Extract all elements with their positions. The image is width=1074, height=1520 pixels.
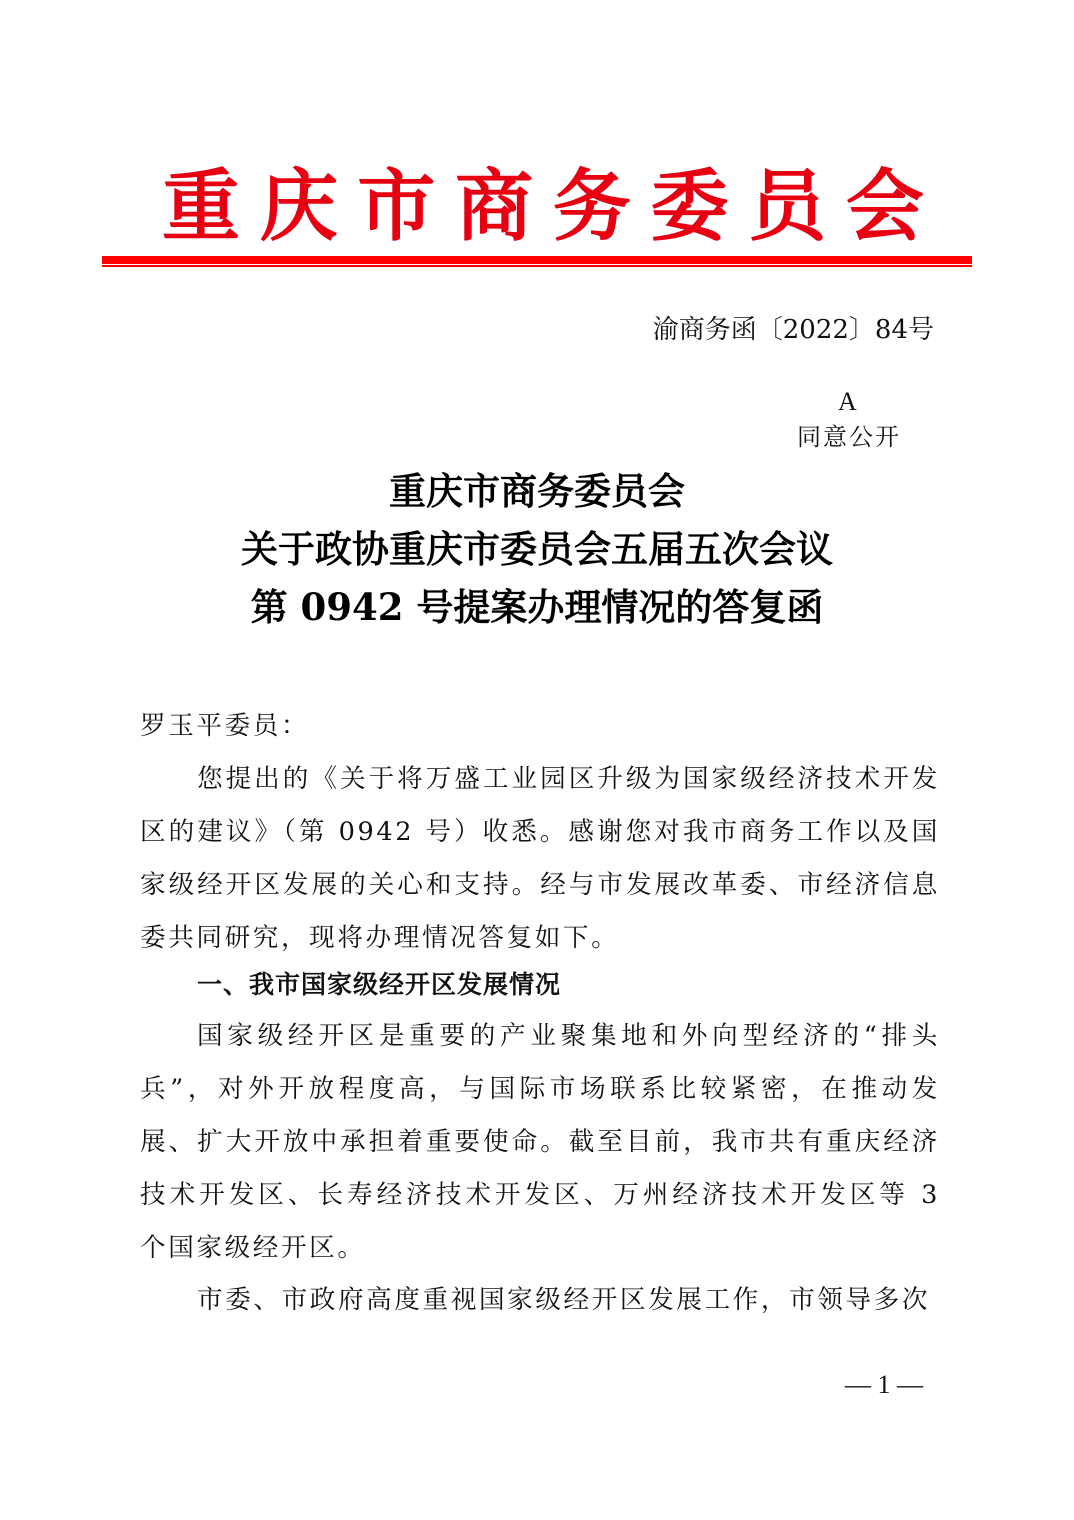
letterhead-divider-thin <box>102 265 972 267</box>
title-line-2: 关于政协重庆市委员会五届五次会议 <box>0 520 1074 578</box>
letterhead-divider-thick <box>102 256 972 264</box>
disclosure-code: A <box>838 386 857 418</box>
document-title: 重庆市商务委员会 关于政协重庆市委员会五届五次会议 第 0942 号提案办理情况… <box>0 462 1074 636</box>
title-line-1: 重庆市商务委员会 <box>0 462 1074 520</box>
disclosure-label: 同意公开 <box>797 420 901 454</box>
letterhead-char: 务 <box>553 168 631 246</box>
section-heading-1: 一、我市国家级经开区发展情况 <box>197 963 561 1007</box>
paragraph-development-status: 国家级经开区是重要的产业聚集地和外向型经济的“排头兵”，对外开放程度高，与国际市… <box>140 1010 940 1275</box>
paragraph-municipal-attention: 市委、市政府高度重视国家级经开区发展工作，市领导多次 <box>140 1274 940 1327</box>
letterhead-char: 会 <box>846 168 924 246</box>
letterhead-title: 重 庆 市 商 务 委 员 会 <box>102 152 972 262</box>
letterhead-char: 商 <box>455 168 533 246</box>
letterhead-char: 员 <box>748 168 826 246</box>
letterhead-char: 重 <box>162 168 240 246</box>
title-line-3: 第 0942 号提案办理情况的答复函 <box>0 578 1074 636</box>
letterhead-char: 委 <box>651 168 729 246</box>
letterhead-char: 庆 <box>260 168 338 246</box>
letterhead-char: 市 <box>357 168 435 246</box>
page-number: — 1 — <box>845 1370 923 1400</box>
paragraph-intro: 您提出的《关于将万盛工业园区升级为国家级经济技术开发区的建议》（第 0942 号… <box>140 753 940 965</box>
document-number: 渝商务函〔2022〕84号 <box>653 312 934 348</box>
salutation: 罗玉平委员： <box>140 700 940 753</box>
